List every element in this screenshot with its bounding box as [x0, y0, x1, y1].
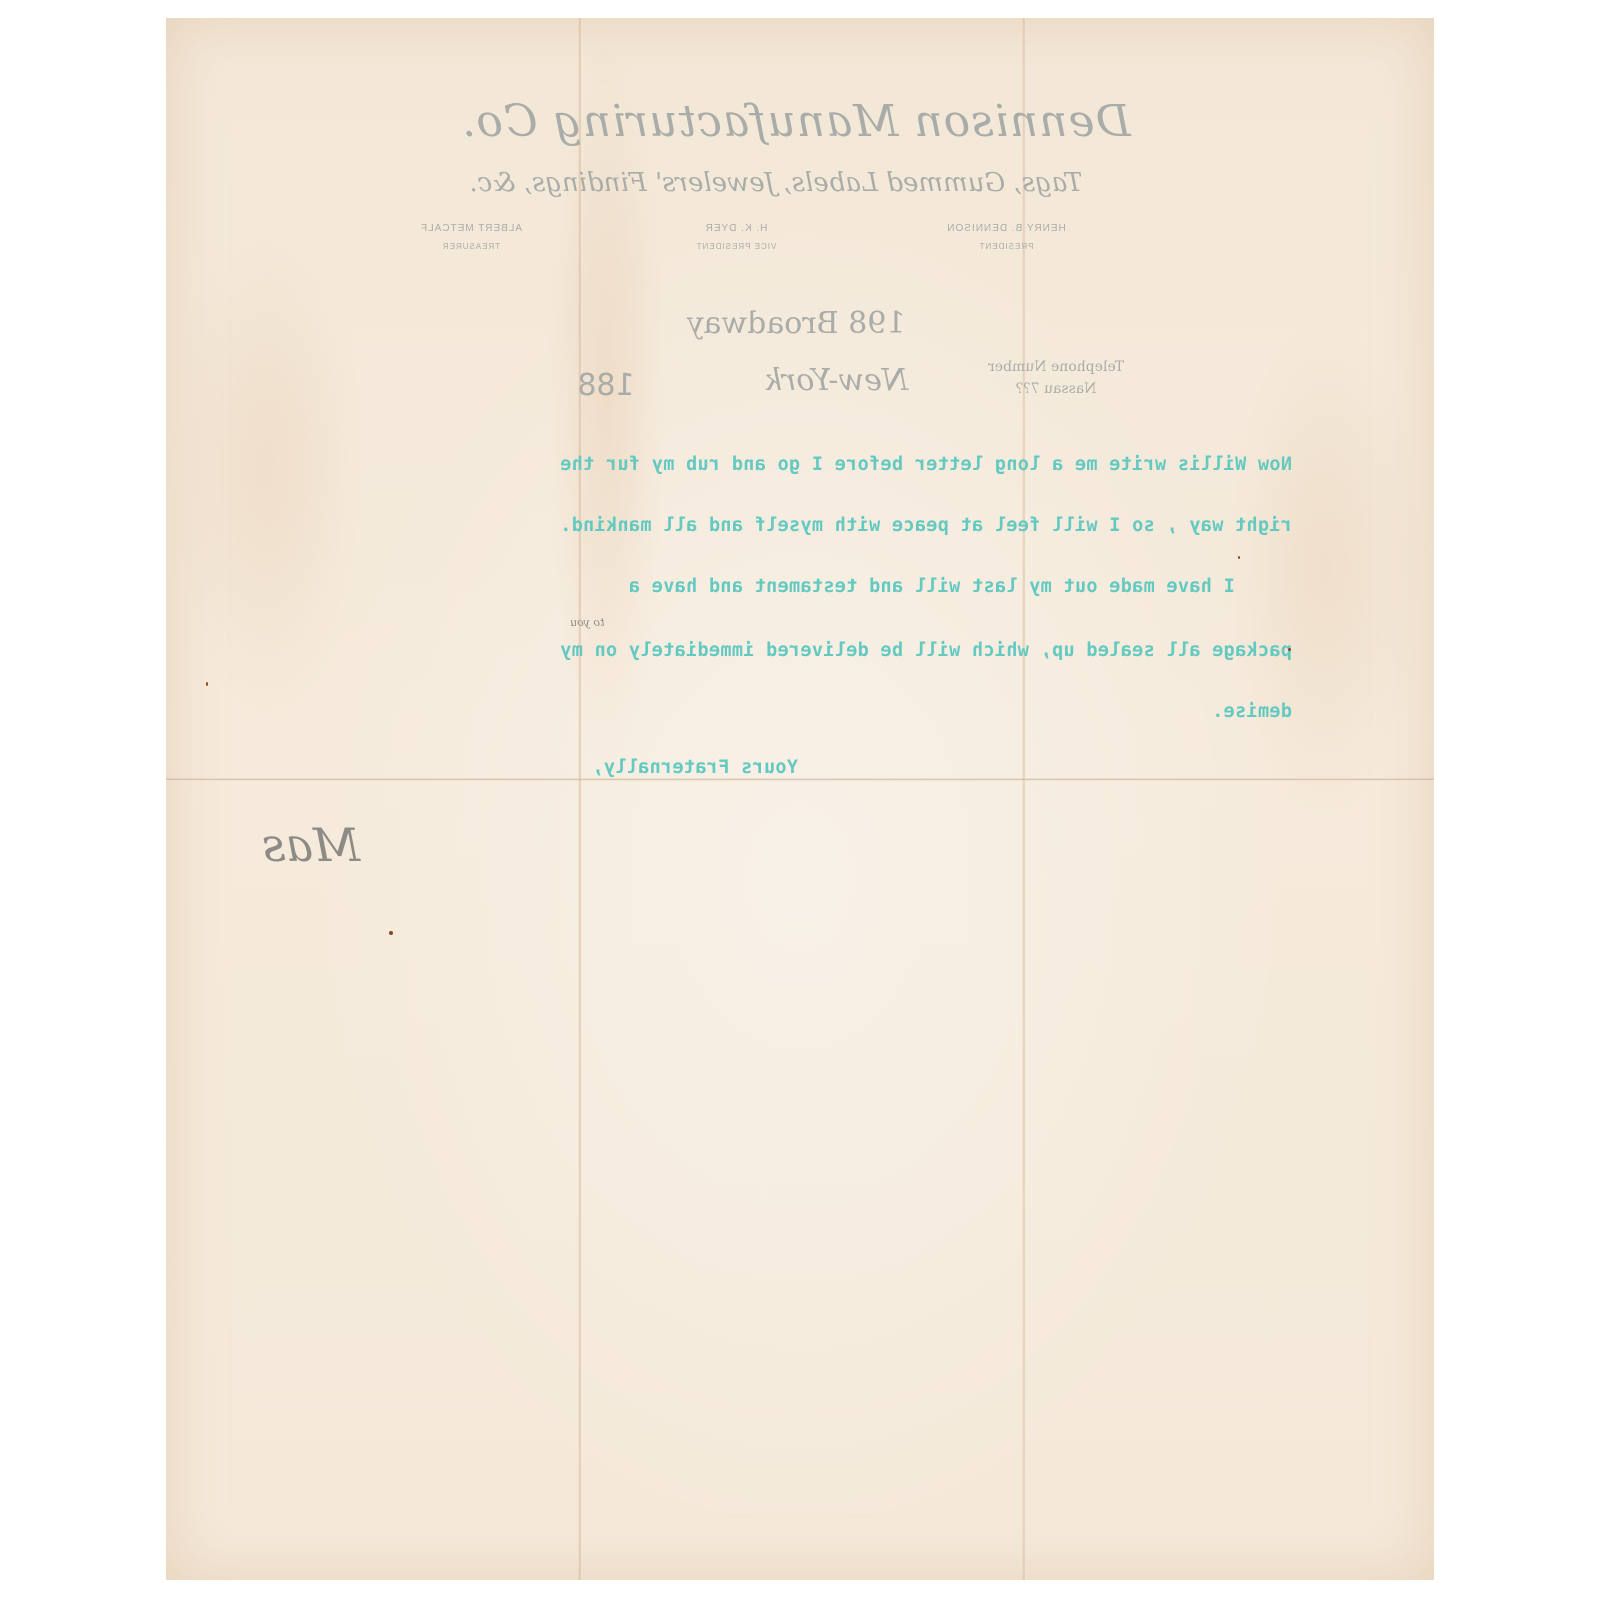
letterhead-year: 188	[536, 368, 676, 403]
paper-spot	[1238, 556, 1240, 559]
officer-vice-president: H. K. DYER VICE PRESIDENT	[656, 223, 816, 251]
officer-name: H. K. DYER	[705, 223, 768, 234]
letterhead-company: Dennison Manufacturing Co.	[396, 96, 1196, 147]
letterhead-tagline: Tags, Gummed Labels, Jewelers' Findings,…	[376, 168, 1176, 198]
letterhead-city: New-York	[686, 363, 986, 398]
letterhead-telephone: Telephone Number Nassau 7??	[966, 356, 1146, 400]
officer-title: PRESIDENT	[926, 242, 1086, 251]
horizontal-fold-line	[166, 778, 1434, 781]
closing: Yours Fraternally,	[538, 757, 798, 778]
officer-name: HENRY B. DENNISON	[946, 223, 1065, 234]
officer-president: HENRY B. DENNISON PRESIDENT	[926, 223, 1086, 251]
officer-name: ALBERT METCALF	[420, 223, 522, 234]
body-line-4: package all sealed up, which will be del…	[272, 640, 1292, 661]
paper-spot	[206, 682, 208, 686]
officer-title: VICE PRESIDENT	[656, 242, 816, 251]
officer-treasurer: ALBERT METCALF TREASURER	[391, 223, 551, 251]
telephone-label: Telephone Number	[966, 356, 1146, 378]
body-line-2: right way , so I will feel at peace with…	[272, 515, 1292, 536]
body-line-1: Now Willis write me a long letter before…	[272, 454, 1292, 475]
body-line-5: demise.	[272, 701, 1292, 722]
telephone-value: Nassau 7??	[966, 378, 1146, 400]
paper-spot	[389, 931, 393, 935]
letterhead-address: 198 Broadway	[596, 306, 996, 341]
pencil-signature: Mas	[262, 818, 360, 872]
vertical-fold-line-left	[578, 18, 582, 1580]
letter-paper: Dennison Manufacturing Co. Tags, Gummed …	[166, 18, 1434, 1580]
officer-title: TREASURER	[391, 242, 551, 251]
body-line-3: I have made out my last will and testame…	[272, 576, 1292, 597]
vertical-fold-line-right	[1022, 18, 1026, 1580]
paper-spot	[1288, 648, 1291, 651]
handwritten-insertion: to you	[570, 616, 604, 629]
